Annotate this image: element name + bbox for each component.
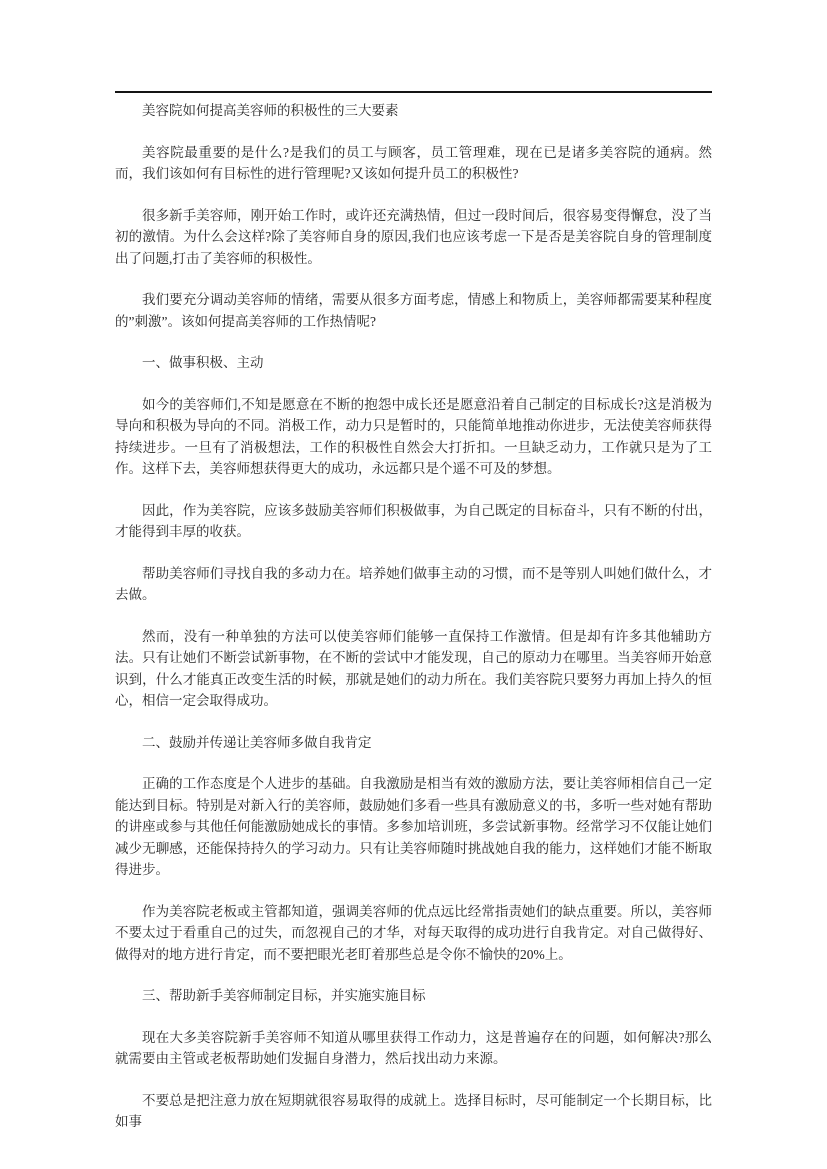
document-body: 美容院如何提高美容师的积极性的三大要素 美容院最重要的是什么?是我们的员工与顾客… (115, 91, 712, 1133)
document-title: 美容院如何提高美容师的积极性的三大要素 (115, 100, 712, 122)
header-rule (115, 91, 712, 93)
paragraph: 因此，作为美容院，应该多鼓励美容师们积极做事，为自己既定的目标奋斗，只有不断的付… (115, 500, 712, 543)
paragraph: 美容院最重要的是什么?是我们的员工与顾客，员工管理难，现在已是诸多美容院的通病。… (115, 142, 712, 185)
paragraph: 作为美容院老板或主管都知道，强调美容师的优点远比经常指责她们的缺点重要。所以，美… (115, 901, 712, 966)
paragraph: 现在大多美容院新手美容师不知道从哪里获得工作动力，这是普遍存在的问题，如何解决?… (115, 1027, 712, 1070)
document-page: 美容院如何提高美容师的积极性的三大要素 美容院最重要的是什么?是我们的员工与顾客… (0, 0, 827, 1169)
paragraph: 帮助美容师们寻找自我的多动力在。培养她们做事主动的习惯，而不是等别人叫她们做什么… (115, 563, 712, 606)
paragraph: 不要总是把注意力放在短期就很容易取得的成就上。选择目标时，尽可能制定一个长期目标… (115, 1090, 712, 1133)
section-heading-2: 二、鼓励并传递让美容师多做自我肯定 (115, 732, 712, 754)
paragraph: 然而，没有一种单独的方法可以使美容师们能够一直保持工作激情。但是却有许多其他辅助… (115, 626, 712, 712)
section-heading-1: 一、做事积极、主动 (115, 352, 712, 374)
paragraph: 如今的美容师们,不知是愿意在不断的抱怨中成长还是愿意沿着自己制定的目标成长?这是… (115, 394, 712, 480)
paragraph: 很多新手美容师，刚开始工作时，或许还充满热情，但过一段时间后，很容易变得懈怠，没… (115, 205, 712, 270)
section-heading-3: 三、帮助新手美容师制定目标，并实施实施目标 (115, 985, 712, 1007)
paragraph: 我们要充分调动美容师的情绪，需要从很多方面考虑，情感上和物质上，美容师都需要某种… (115, 289, 712, 332)
paragraph: 正确的工作态度是个人进步的基础。自我激励是相当有效的激励方法，要让美容师相信自己… (115, 773, 712, 881)
